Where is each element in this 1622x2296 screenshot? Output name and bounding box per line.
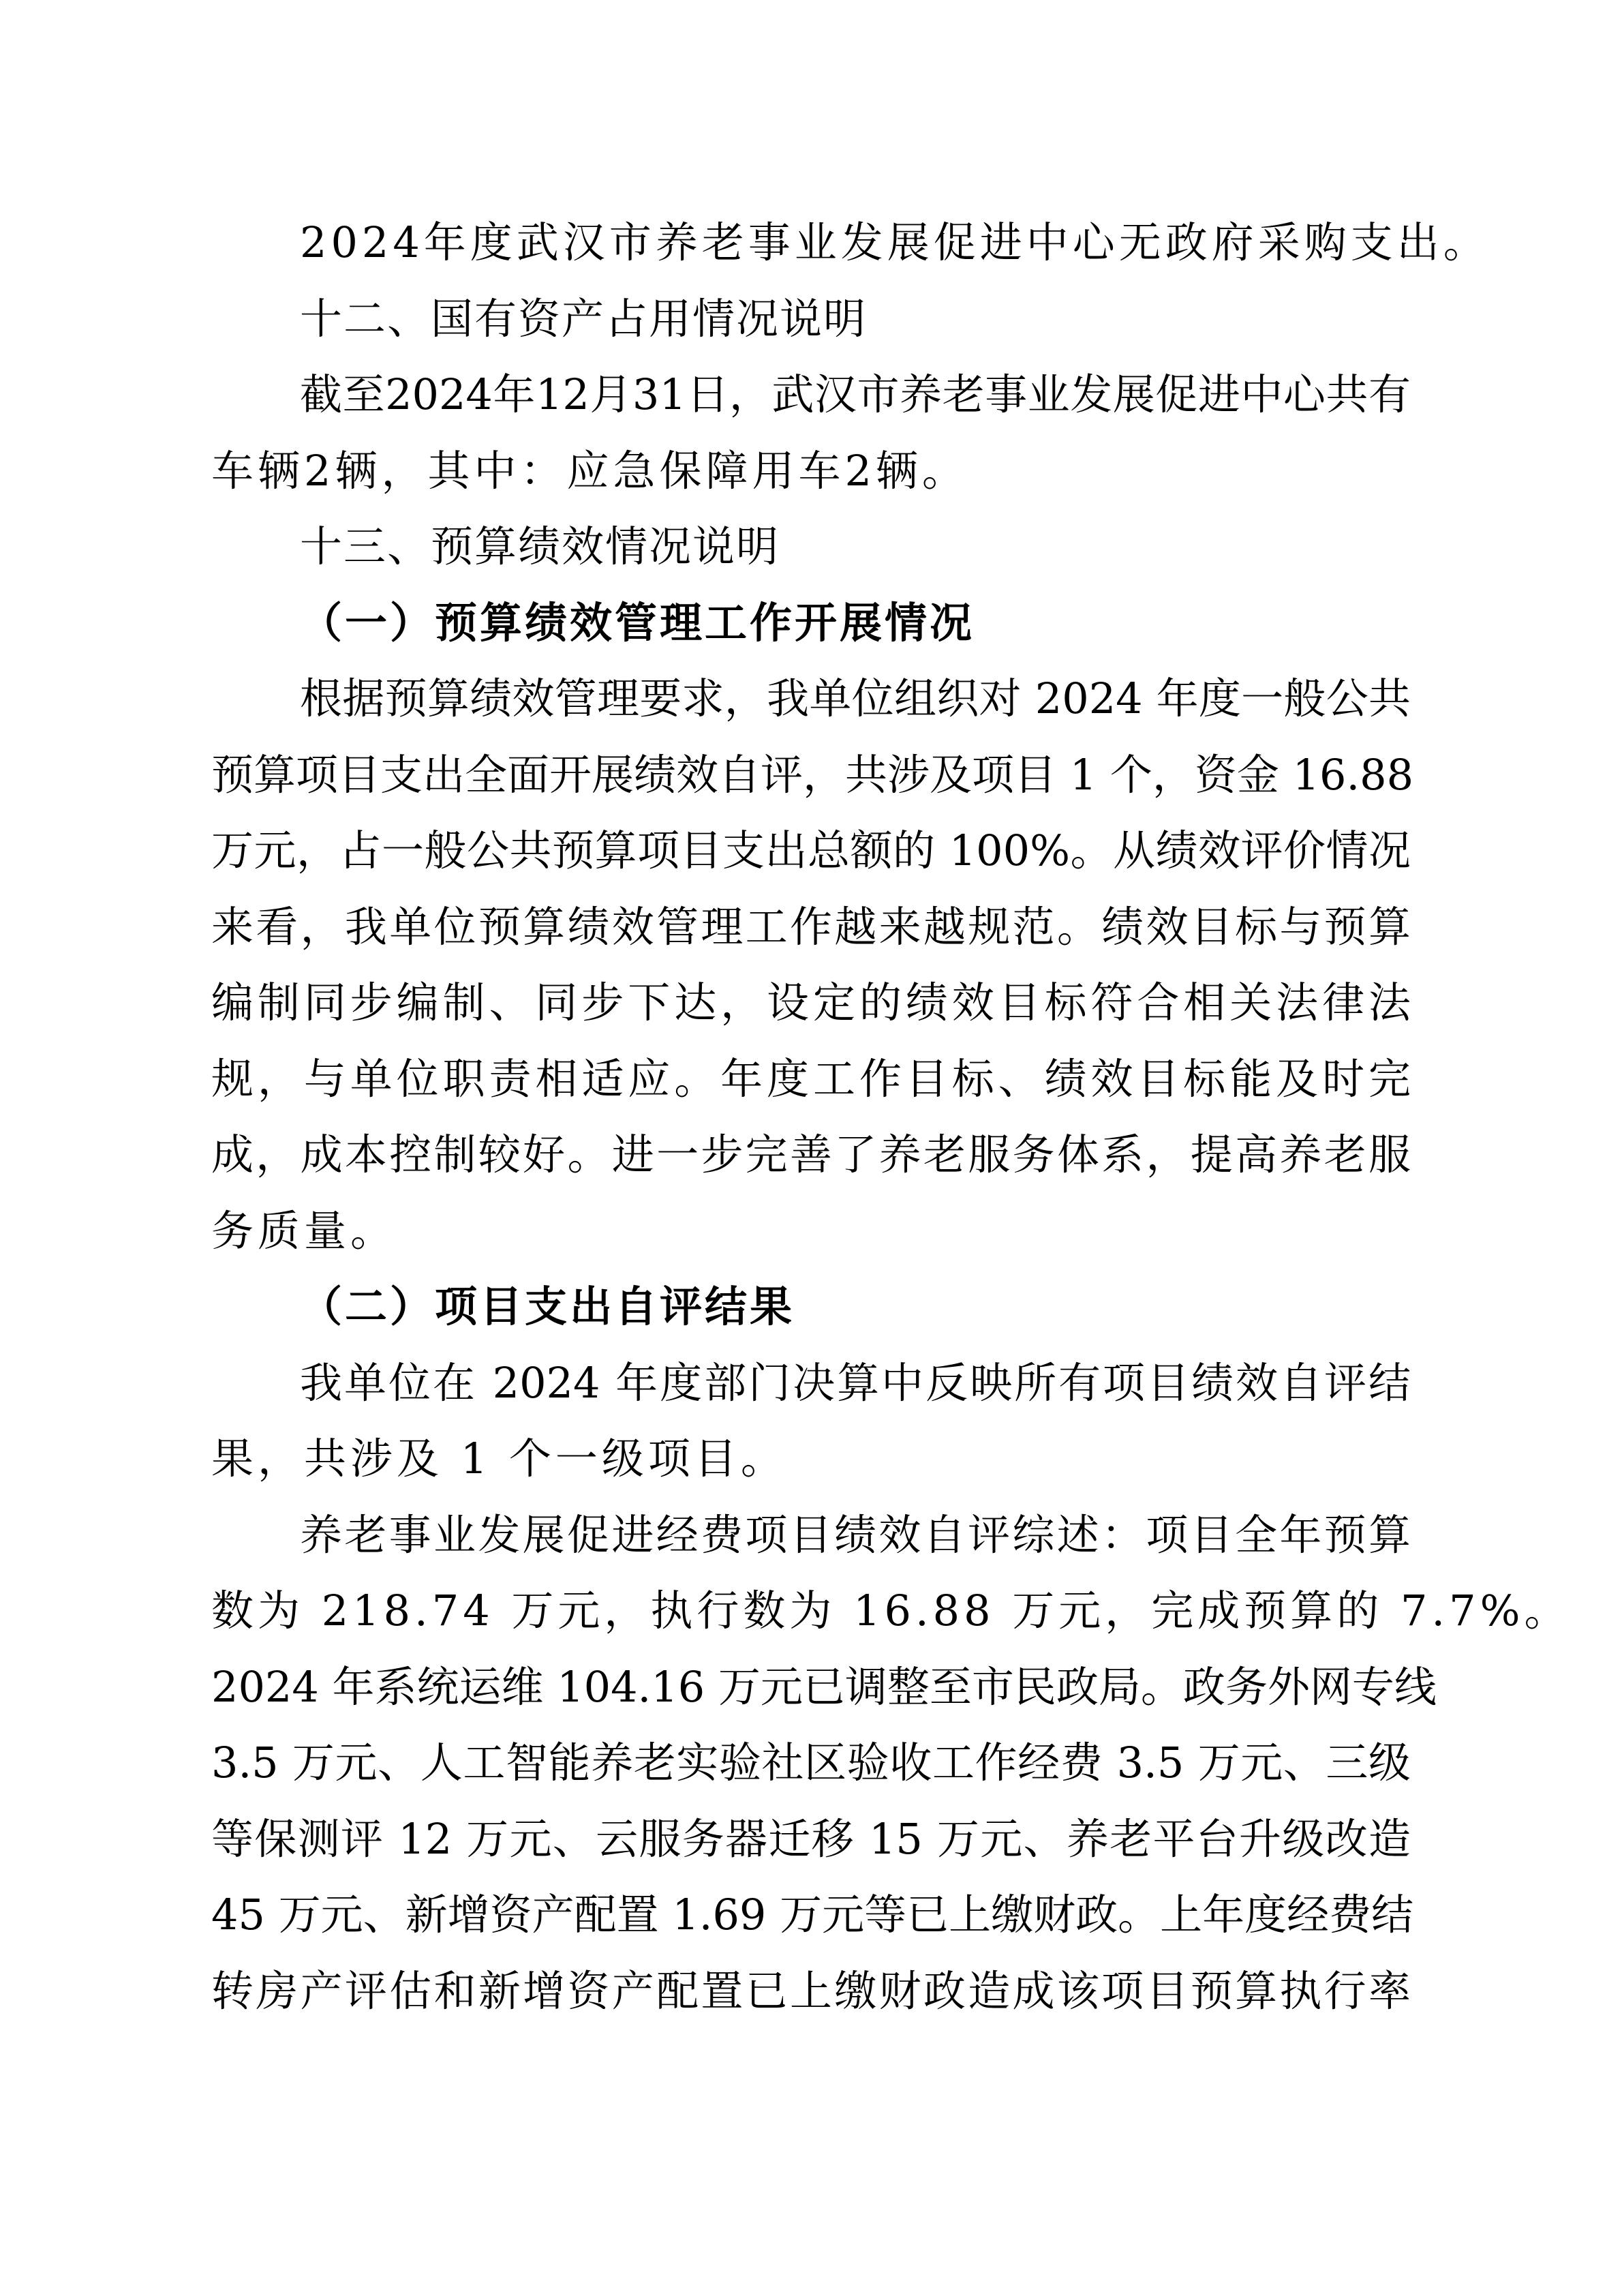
- paragraph-management-line-5: 编制同步编制、同步下达，设定的绩效目标符合相关法律法: [211, 965, 1411, 1041]
- paragraph-management-line-3: 万元，占一般公共预算项目支出总额的 100%。从绩效评价情况: [211, 813, 1411, 889]
- paragraph-management-line-8: 务质量。: [211, 1193, 1411, 1269]
- subheading-performance-management: （一）预算绩效管理工作开展情况: [211, 585, 1411, 661]
- document-page: 2024年度武汉市养老事业发展促进中心无政府采购支出。 十二、国有资产占用情况说…: [211, 205, 1411, 2029]
- paragraph-management-line-2: 预算项目支出全面开展绩效自评，共涉及项目 1 个，资金 16.88: [211, 737, 1411, 813]
- paragraph-assets-line-2: 车辆2辆，其中：应急保障用车2辆。: [211, 433, 1411, 509]
- paragraph-evaluation-line-2: 果，共涉及 1 个一级项目。: [211, 1421, 1411, 1497]
- paragraph-assets-line-1: 截至2024年12月31日，武汉市养老事业发展促进中心共有: [211, 357, 1411, 433]
- paragraph-summary-line-4: 3.5 万元、人工智能养老实验社区验收工作经费 3.5 万元、三级: [211, 1725, 1411, 1801]
- paragraph-procurement: 2024年度武汉市养老事业发展促进中心无政府采购支出。: [211, 205, 1411, 281]
- paragraph-summary-line-3: 2024 年系统运维 104.16 万元已调整至市民政局。政务外网专线: [211, 1649, 1411, 1725]
- heading-budget-performance: 十三、预算绩效情况说明: [211, 509, 1411, 585]
- paragraph-summary-line-6: 45 万元、新增资产配置 1.69 万元等已上缴财政。上年度经费结: [211, 1877, 1411, 1953]
- paragraph-management-line-6: 规，与单位职责相适应。年度工作目标、绩效目标能及时完: [211, 1041, 1411, 1117]
- paragraph-summary-line-5: 等保测评 12 万元、云服务器迁移 15 万元、养老平台升级改造: [211, 1801, 1411, 1877]
- paragraph-summary-line-2: 数为 218.74 万元，执行数为 16.88 万元，完成预算的 7.7%。: [211, 1573, 1411, 1649]
- subheading-project-self-evaluation: （二）项目支出自评结果: [211, 1269, 1411, 1345]
- heading-state-assets: 十二、国有资产占用情况说明: [211, 281, 1411, 357]
- paragraph-management-line-7: 成，成本控制较好。进一步完善了养老服务体系，提高养老服: [211, 1117, 1411, 1193]
- paragraph-management-line-1: 根据预算绩效管理要求，我单位组织对 2024 年度一般公共: [211, 661, 1411, 737]
- paragraph-management-line-4: 来看，我单位预算绩效管理工作越来越规范。绩效目标与预算: [211, 889, 1411, 965]
- paragraph-evaluation-line-1: 我单位在 2024 年度部门决算中反映所有项目绩效自评结: [211, 1345, 1411, 1421]
- paragraph-summary-line-7: 转房产评估和新增资产配置已上缴财政造成该项目预算执行率: [211, 1953, 1411, 2029]
- paragraph-summary-line-1: 养老事业发展促进经费项目绩效自评综述：项目全年预算: [211, 1497, 1411, 1573]
